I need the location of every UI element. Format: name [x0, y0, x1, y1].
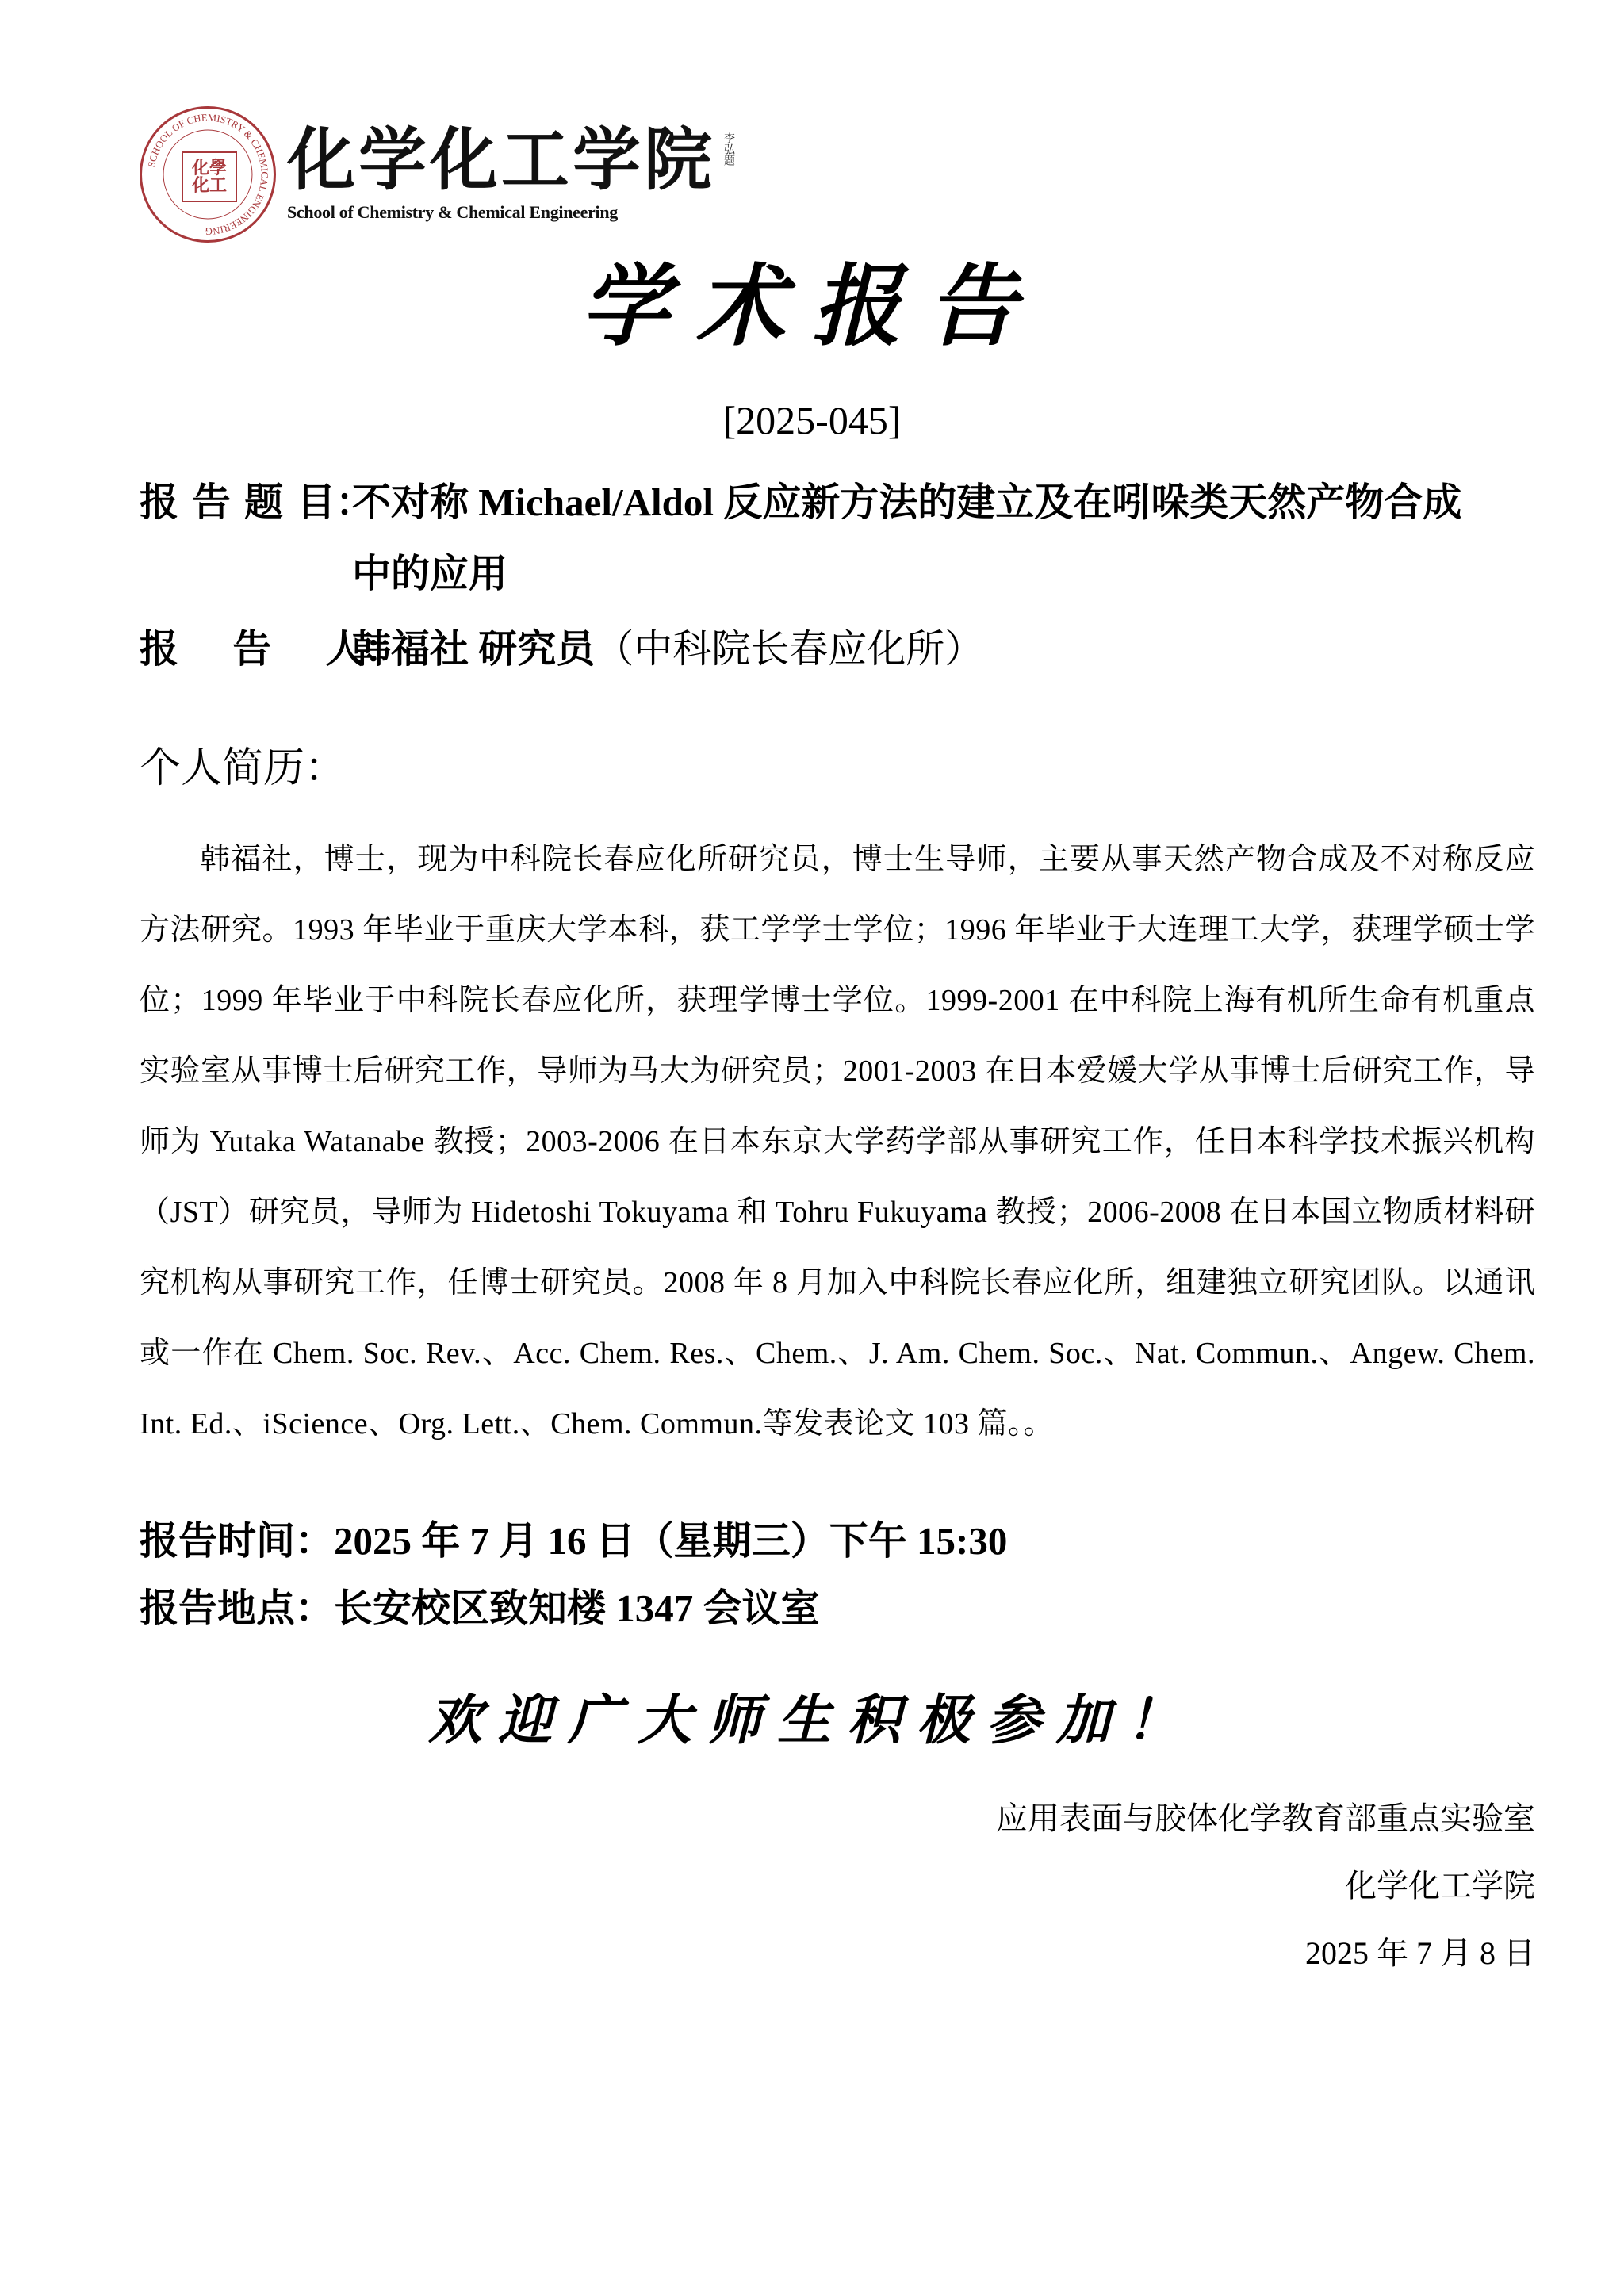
issue-date: 2025 年 7 月 8 日: [1305, 1934, 1535, 1973]
report-place-value: 长安校区致知楼 1347 会议室: [334, 1586, 820, 1630]
school-name-en: School of Chemistry & Chemical Engineeri…: [287, 202, 736, 223]
school-name-block: 化学化工学院 李弘题 School of Chemistry & Chemica…: [287, 126, 736, 223]
topic-value-continued: 中的应用: [352, 551, 507, 598]
school-name-cn: 化学化工学院: [287, 126, 715, 194]
report-place-row: 报告地点：长安校区致知楼 1347 会议室: [140, 1586, 820, 1632]
topic-value: 不对称 Michael/Aldol 反应新方法的建立及在吲哚类天然产物合成: [352, 480, 1542, 526]
topic-label: 报 告 题 目：: [140, 480, 352, 526]
welcome-message: 欢迎广大师生积极参加！: [0, 1689, 1624, 1754]
speaker-name: 韩福社 研究员: [352, 626, 595, 673]
school-seal-icon: SCHOOL OF CHEMISTRY & CHEMICAL ENGINEERI…: [140, 106, 276, 243]
report-time-row: 报告时间：2025 年 7 月 16 日（星期三）下午 15:30: [140, 1518, 1007, 1565]
organizer-lab: 应用表面与胶体化学教育部重点实验室: [996, 1800, 1535, 1838]
seal-center-glyph: 化學 化工: [182, 151, 237, 202]
page-title: 学术报告: [0, 254, 1624, 360]
announcement-page: SCHOOL OF CHEMISTRY & CHEMICAL ENGINEERI…: [0, 0, 1624, 2296]
calligrapher-signature: 李弘题: [720, 132, 736, 166]
speaker-affiliation: （中科院长春应化所）: [595, 626, 983, 673]
topic-row: 报 告 题 目： 不对称 Michael/Aldol 反应新方法的建立及在吲哚类…: [140, 480, 1542, 526]
document-number: [2025-045]: [0, 396, 1624, 444]
speaker-row: 报 告 人： 韩福社 研究员 （中科院长春应化所）: [140, 626, 983, 673]
school-logo: SCHOOL OF CHEMISTRY & CHEMICAL ENGINEERI…: [140, 106, 736, 243]
report-time-label: 报告时间：: [140, 1518, 334, 1563]
report-time-value: 2025 年 7 月 16 日（星期三）下午 15:30: [334, 1519, 1007, 1563]
bio-text: 韩福社，博士，现为中科院长春应化所研究员，博士生导师，主要从事天然产物合成及不对…: [140, 825, 1535, 1460]
bio-heading: 个人简历：: [140, 744, 346, 793]
speaker-label: 报 告 人：: [140, 626, 352, 673]
organizer-school: 化学化工学院: [1345, 1867, 1535, 1905]
report-place-label: 报告地点：: [140, 1586, 334, 1631]
